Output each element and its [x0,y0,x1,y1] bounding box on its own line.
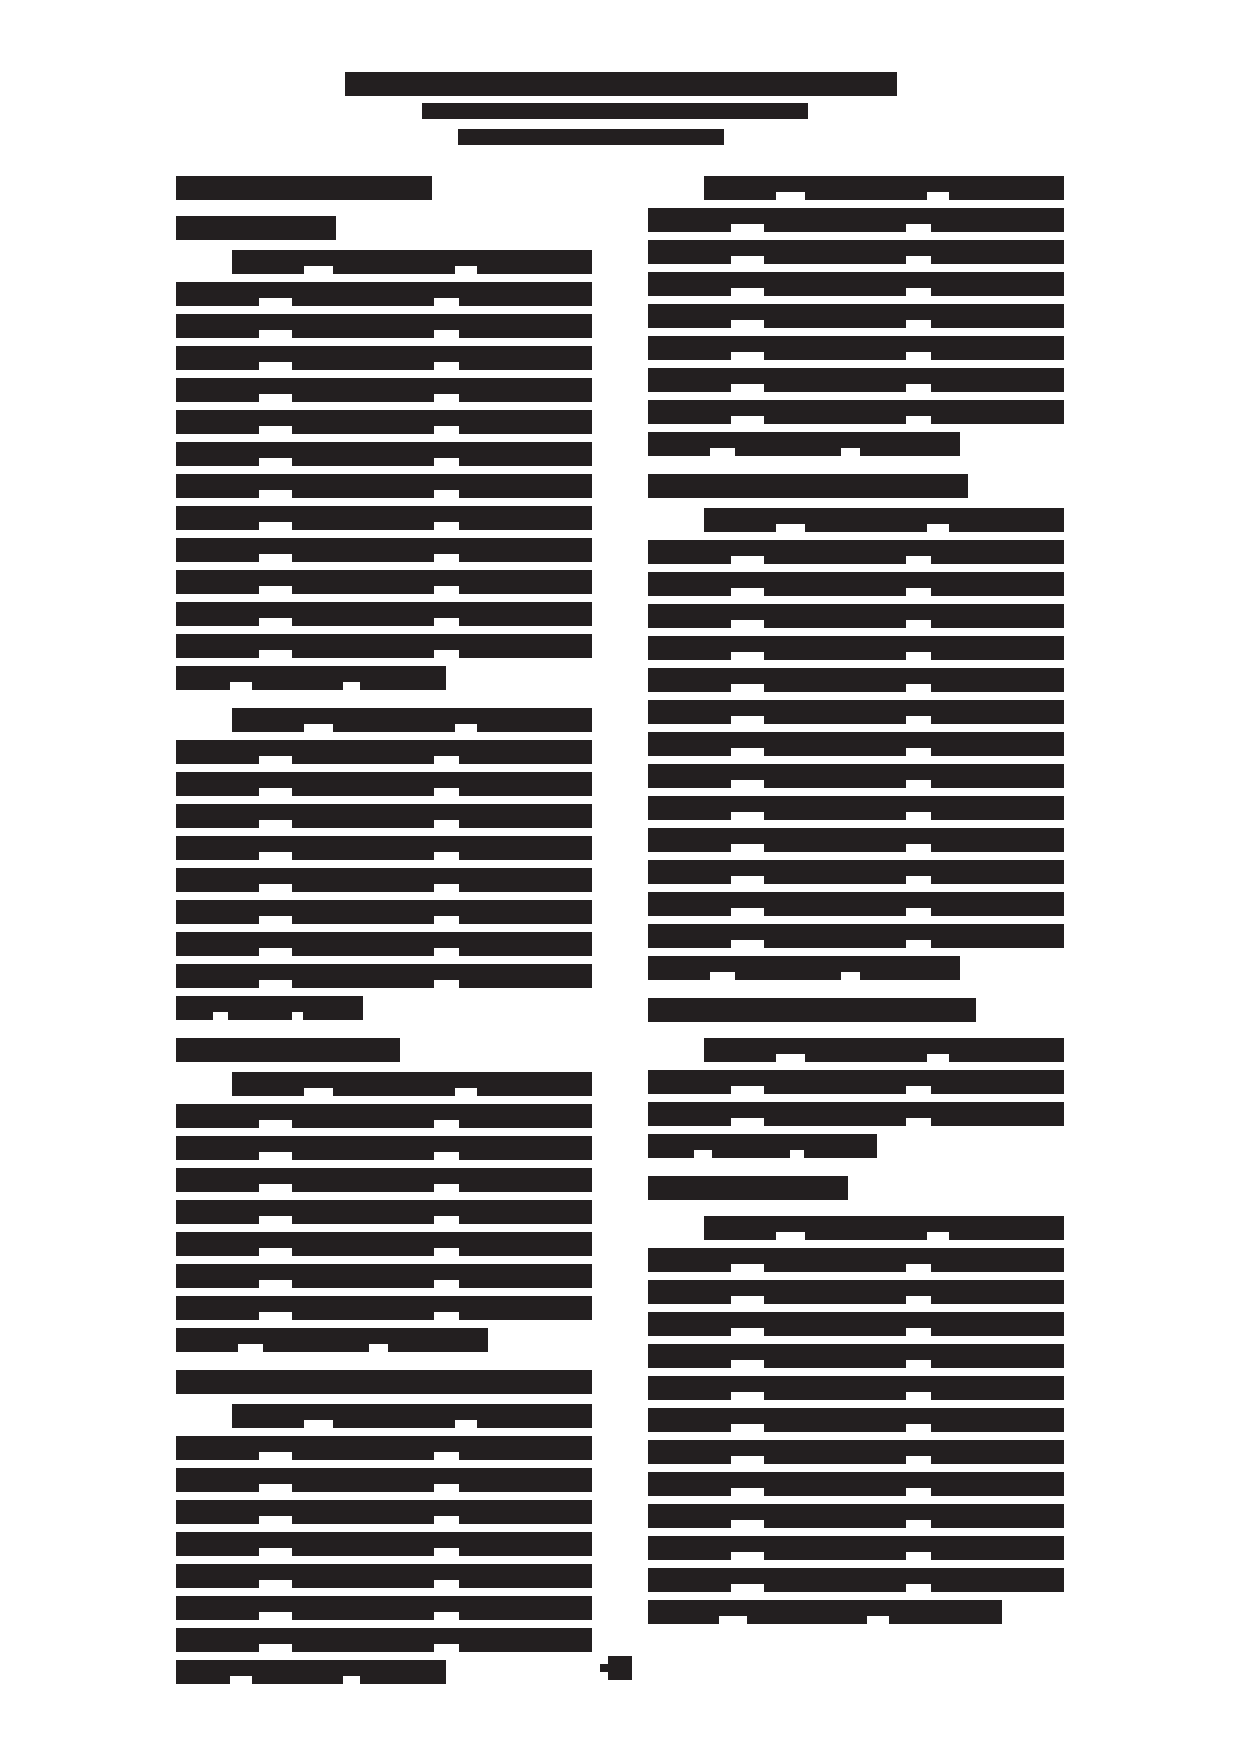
redacted-text-line [176,964,592,988]
redacted-text-line [176,1660,446,1684]
redacted-text-line [176,1500,592,1524]
redacted-text-line [176,1136,592,1160]
redacted-text-line [648,668,1064,692]
section-heading [648,998,976,1022]
redacted-text-line [232,1072,592,1096]
redacted-text-line [176,1628,592,1652]
redacted-text-line [648,1134,877,1158]
redacted-text-line [648,336,1064,360]
redacted-text-line [176,932,592,956]
redacted-text-line [176,442,592,466]
redacted-text-line [648,272,1064,296]
redacted-text-line [648,1600,1002,1624]
redacted-text-line [176,1168,592,1192]
redacted-text-line [648,732,1064,756]
subsection-heading [176,1370,592,1394]
redacted-text-line [176,570,592,594]
redacted-text-line [176,868,592,892]
redacted-text-line [176,1264,592,1288]
redacted-text-line [176,282,592,306]
redacted-text-line [176,1200,592,1224]
redacted-text-line [648,796,1064,820]
redacted-text-line [704,508,1064,532]
redacted-text-line [176,1104,592,1128]
subsection-heading [176,1038,400,1062]
redacted-text-line [232,250,592,274]
redacted-text-line [176,346,592,370]
redacted-text-line [176,506,592,530]
redacted-text-line [176,740,592,764]
redacted-text-line [648,432,960,456]
redacted-text-line [176,836,592,860]
page-number-tick [600,1664,608,1672]
redacted-text-line [176,1436,592,1460]
redacted-text-line [176,1232,592,1256]
redacted-text-line [648,1102,1064,1126]
redacted-text-line [232,708,592,732]
redacted-text-line [648,1504,1064,1528]
redacted-text-line [176,1296,592,1320]
redacted-text-line [176,474,592,498]
redacted-text-line [648,572,1064,596]
redacted-text-line [648,540,1064,564]
redacted-text-line [176,996,363,1020]
section-heading [176,176,432,200]
redacted-text-line [648,304,1064,328]
redacted-text-line [176,314,592,338]
redacted-text-line [648,1344,1064,1368]
redacted-text-line [176,1596,592,1620]
redacted-text-line [648,240,1064,264]
redacted-text-line [176,538,592,562]
redacted-text-line [648,1472,1064,1496]
redacted-text-line [648,1070,1064,1094]
redacted-text-line [648,1312,1064,1336]
subsection-heading [648,474,968,498]
redacted-text-line [648,1568,1064,1592]
redacted-text-line [648,828,1064,852]
redacted-text-line [648,700,1064,724]
title-line-3 [458,129,724,145]
redacted-text-line [648,956,960,980]
paper-page [0,0,1240,1754]
redacted-text-line [648,1440,1064,1464]
redacted-text-line [704,176,1064,200]
redacted-text-line [704,1216,1064,1240]
redacted-text-line [648,636,1064,660]
redacted-text-line [648,604,1064,628]
redacted-text-line [176,900,592,924]
redacted-text-line [176,666,446,690]
redacted-text-line [176,1328,488,1352]
redacted-text-line [176,378,592,402]
subsection-heading [176,216,336,240]
section-heading [648,1176,848,1200]
title-line-2 [422,103,808,119]
redacted-text-line [176,1532,592,1556]
redacted-text-line [648,1408,1064,1432]
redacted-text-line [176,1564,592,1588]
redacted-text-line [648,1536,1064,1560]
redacted-text-line [648,368,1064,392]
redacted-text-line [176,1468,592,1492]
redacted-text-line [648,1376,1064,1400]
redacted-text-line [232,1404,592,1428]
redacted-text-line [704,1038,1064,1062]
redacted-text-line [648,1280,1064,1304]
redacted-text-line [648,924,1064,948]
redacted-text-line [176,410,592,434]
redacted-text-line [176,772,592,796]
redacted-text-line [648,1248,1064,1272]
redacted-text-line [648,208,1064,232]
redacted-text-line [648,400,1064,424]
redacted-text-line [648,892,1064,916]
page-number [608,1656,632,1680]
redacted-text-line [176,602,592,626]
redacted-text-line [176,804,592,828]
redacted-text-line [176,634,592,658]
title-line-1 [345,72,897,96]
redacted-text-line [648,764,1064,788]
redacted-text-line [648,860,1064,884]
